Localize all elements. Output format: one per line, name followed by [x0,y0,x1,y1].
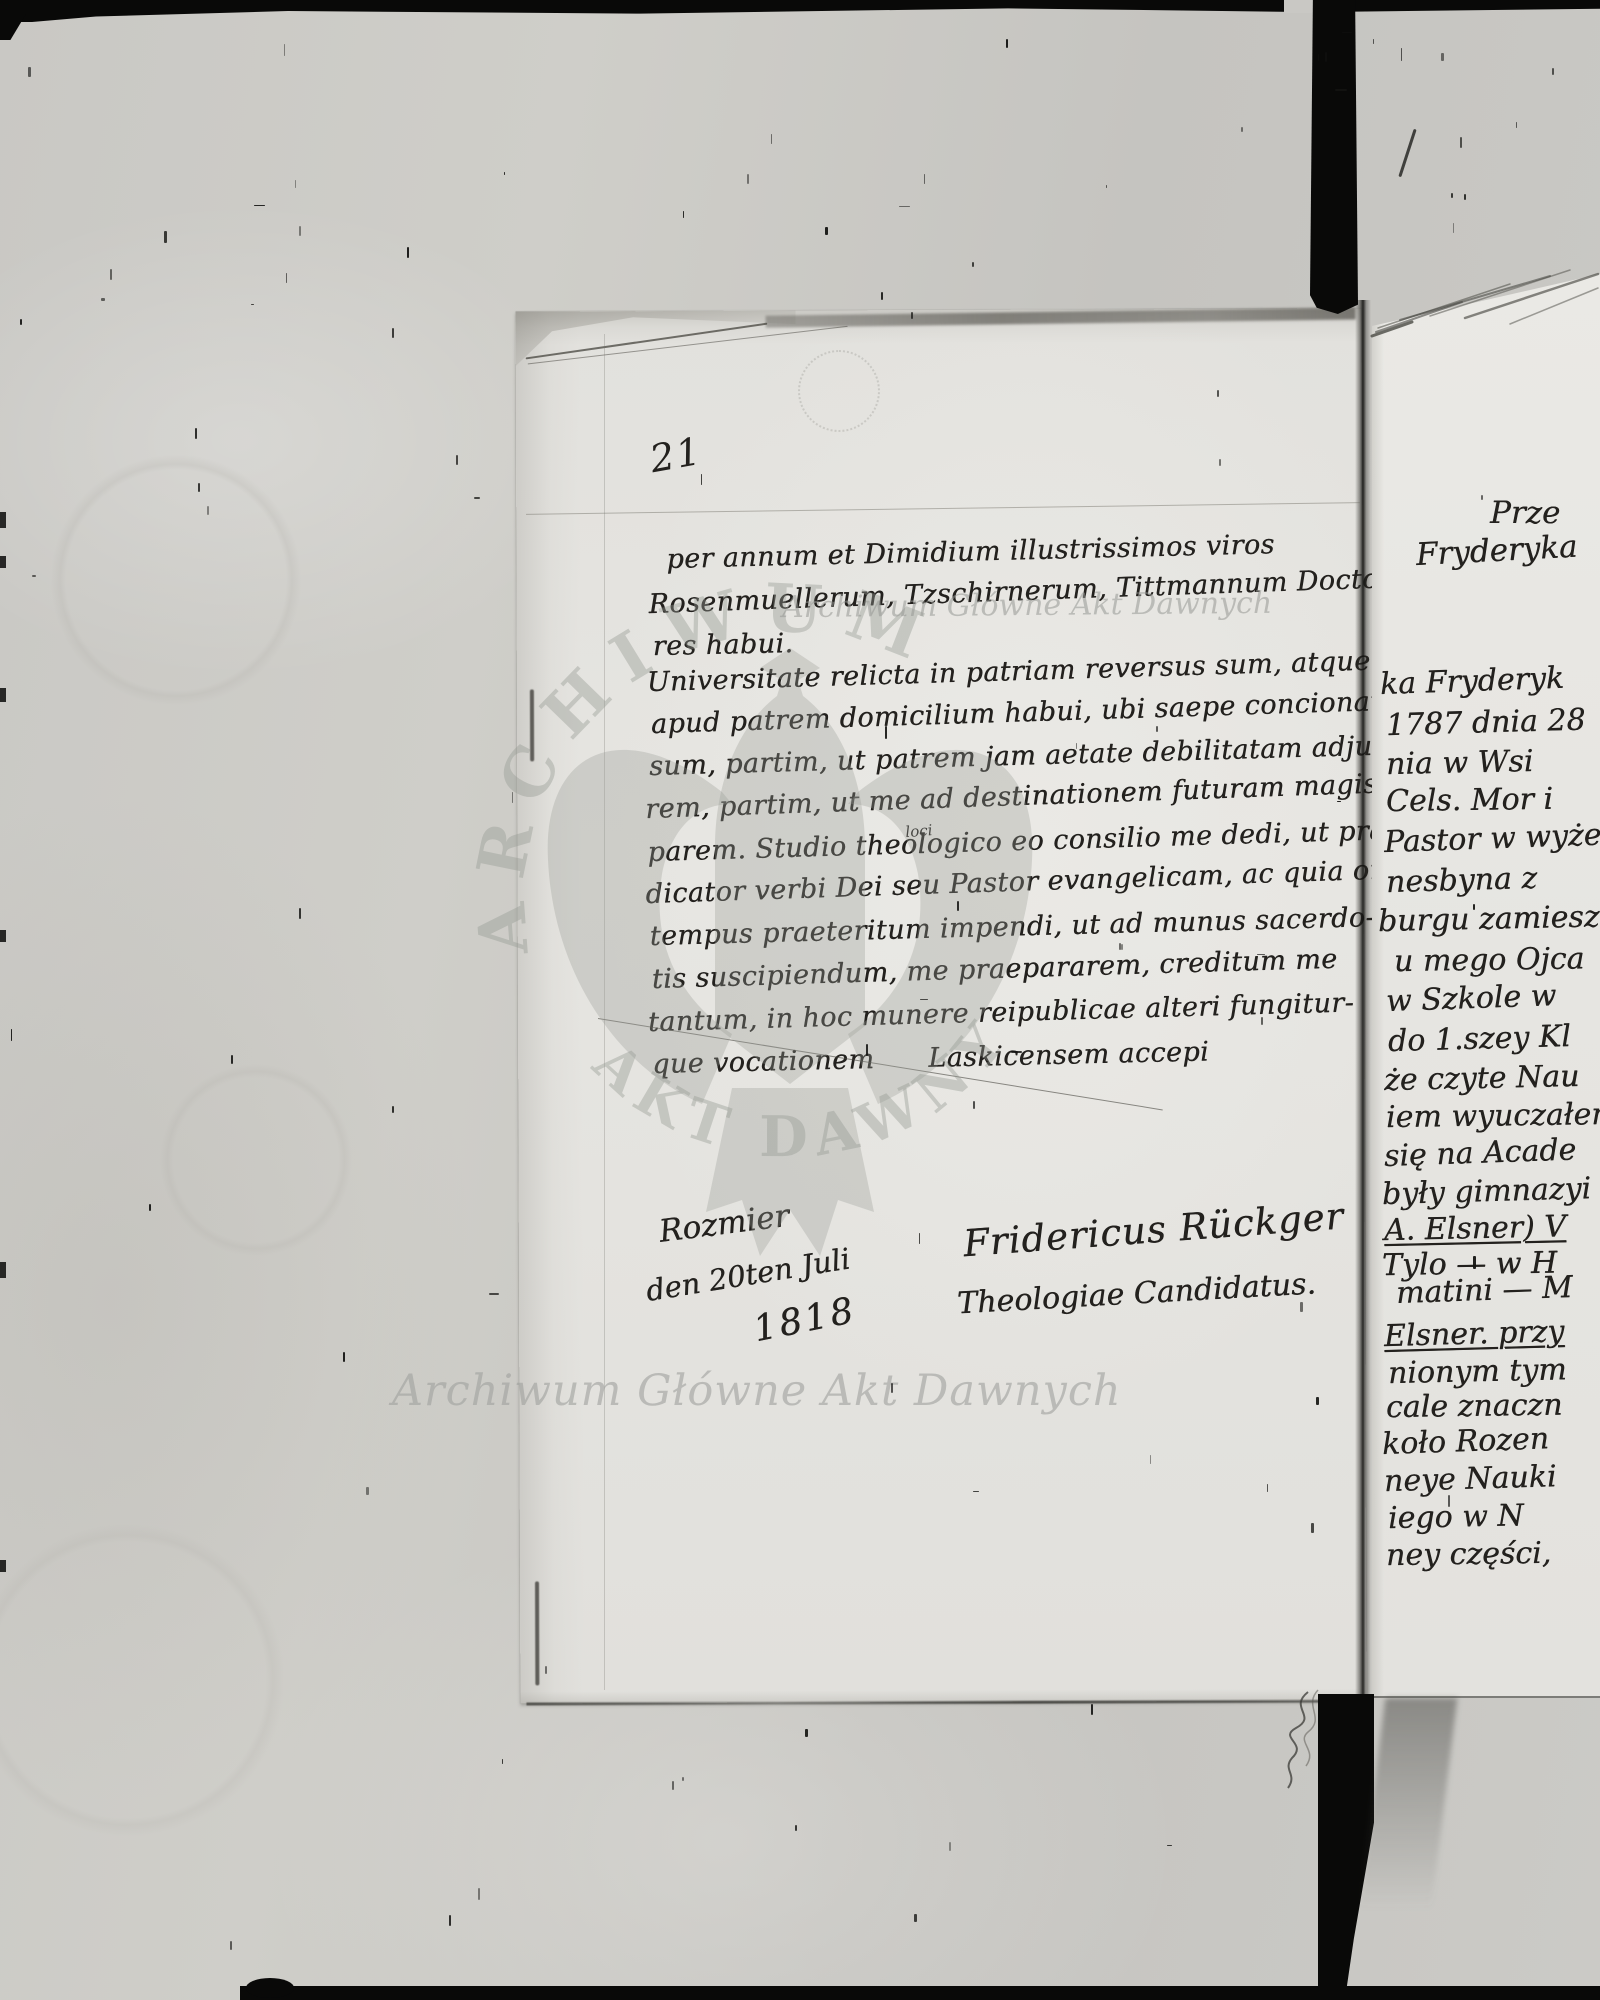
dust-speck [20,319,22,325]
dust-speck [1441,53,1443,61]
dust-speck [1261,1017,1263,1025]
film-top-edge [0,0,1600,22]
dust-speck [1473,1256,1475,1269]
right-line: ney części, [1386,1539,1552,1571]
fold-crease-line [528,326,848,365]
dust-speck [286,273,288,283]
dust-speck [1325,52,1326,62]
dust-speck [299,908,301,919]
dust-speck [1460,137,1462,147]
right-line: koło Rozen [1381,1424,1549,1460]
right-line: u mego Ojca [1394,944,1585,977]
right-line: A. Elsner) V [1384,1212,1567,1246]
dust-speck [449,1915,451,1926]
right-line: do 1.szey Kl [1388,1022,1572,1057]
dust-speck [1335,89,1347,90]
dust-speck [1342,32,1353,33]
dust-speck [683,211,684,218]
dust-speck [110,269,111,280]
right-line: iem wyuczałem [1386,1100,1600,1133]
dust-speck [973,1101,976,1109]
dust-speck [1219,459,1221,466]
dust-speck [1300,1302,1302,1312]
dust-speck [924,174,926,184]
film-bottom-blob [246,1978,294,1998]
film-corner-mark [0,0,26,40]
film-edge-tick [0,930,6,942]
right-line: Pastor w wyże [1383,820,1600,858]
dust-speck [1257,954,1265,955]
dust-speck [11,1029,12,1042]
right-line: nionym tym [1388,1355,1567,1389]
dust-speck [101,298,105,301]
dust-speck [1473,904,1475,910]
dust-speck [920,999,928,1000]
film-edge-tick [0,1560,6,1572]
dust-speck [795,1825,797,1831]
dust-speck [474,497,480,499]
archive-watermark-top: Archiwum Główne Akt Dawnych [782,586,1272,625]
dust-speck [1373,39,1374,44]
dust-speck [1311,1523,1313,1533]
dust-speck [805,1729,807,1737]
dust-speck [478,1888,479,1900]
dust-speck [1337,801,1341,803]
dust-speck [1150,1455,1151,1464]
dust-speck [489,1293,500,1295]
dust-speck [881,292,883,300]
svg-text:ARCHIWUM: ARCHIWUM [461,568,952,958]
dust-speck [1006,39,1008,48]
film-bottom-edge [240,1986,1600,2000]
dust-speck [207,506,209,516]
dust-speck [28,67,31,77]
film-top-notch [1284,0,1314,13]
dust-speck [1481,495,1483,500]
right-line: w Szkole w [1385,981,1556,1017]
dust-speck [1106,185,1108,189]
dust-speck [771,134,772,144]
dust-speck [343,1352,345,1362]
dust-speck [1464,194,1465,200]
circular-watermark: ARCHIWUM AKT DAWNYCH [420,540,1180,1340]
page-number: 21 [647,429,706,482]
dust-speck [295,180,297,188]
right-line: matini — M [1395,1273,1573,1309]
dust-speck [866,1044,869,1057]
dust-speck [299,226,301,235]
right-line: Cels. Mor i [1386,785,1553,817]
dust-speck [1552,68,1554,75]
embossed-stamp [798,350,880,432]
dust-speck [885,726,887,739]
dust-speck [1156,726,1158,732]
dust-speck [973,1491,979,1493]
dust-speck [164,231,166,243]
dust-speck [1121,944,1123,951]
dust-speck [149,1204,151,1211]
right-line: Elsner. przy [1384,1317,1565,1352]
dust-speck [825,227,827,235]
leaf-edges [1370,240,1600,350]
right-line: neye Nauki [1384,1462,1557,1497]
dust-speck [957,901,959,911]
right-line: iego w N [1388,1501,1524,1534]
dust-speck [251,304,254,306]
scratch-mark [1398,129,1416,177]
dust-speck [747,174,749,184]
film-bar-bottom [1318,1694,1374,2000]
dust-speck [701,474,702,485]
dust-speck [366,1487,369,1495]
dust-speck [672,1781,674,1789]
page-top-edge-smudge [766,307,1356,327]
archive-watermark-bottom: Archiwum Główne Akt Dawnych [392,1366,1122,1416]
right-line: były gimnazyi P [1382,1173,1600,1210]
dust-speck [231,1055,233,1064]
dust-speck [911,312,913,319]
dust-speck [254,205,265,207]
book-gutter-shadow [1355,300,1371,1700]
film-edge-tick [0,688,6,702]
dust-speck [502,1759,503,1764]
dust-speck [1451,193,1453,199]
dust-speck [1167,1845,1173,1847]
dust-speck [198,483,200,493]
dust-speck [1076,743,1077,749]
dust-speck [1241,127,1243,132]
dust-speck [914,1914,916,1922]
dust-speck [1401,48,1402,60]
dust-speck [1448,1495,1450,1507]
dust-speck [392,328,394,338]
dust-speck [456,455,458,465]
film-edge-tick [0,556,6,568]
right-line: 1787 dnia 28 [1386,705,1586,741]
dust-speck [1316,1397,1318,1404]
dust-speck [1516,122,1517,128]
film-bar-top [1310,0,1358,314]
dust-speck [284,44,285,56]
right-line: nia w Wsi [1386,747,1534,780]
right-line: nesbyna z [1386,864,1538,898]
dust-speck [392,1106,394,1113]
dust-speck [682,1777,685,1782]
dust-speck [891,1383,893,1392]
dust-speck [1119,943,1120,950]
dust-speck [195,428,197,440]
right-header-line: Fryderyka [1415,532,1578,571]
dust-speck [1453,223,1454,232]
right-line: się na Acade [1383,1135,1576,1172]
dust-speck [504,172,505,175]
page-corner-fold [516,311,796,374]
dust-speck [230,1941,232,1950]
dust-speck [1318,54,1319,61]
dust-speck [972,262,974,268]
dust-speck [899,206,910,208]
right-line: że czyte Nau [1384,1062,1580,1096]
right-header-line: Prze [1490,498,1560,529]
right-line: cale znaczn [1386,1391,1563,1423]
right-manuscript-page: Prze Fryderyka ka Fryderyk1787 dnia 28ni… [1372,268,1600,1698]
film-frame: 21 per annum et Dimidium illustrissimos … [0,0,1600,2000]
dust-speck [545,1666,547,1674]
right-line: burgu zamieszk [1378,902,1600,937]
film-edge-tick [0,1262,6,1278]
dust-speck [407,247,409,258]
dust-speck [1091,1704,1093,1715]
right-line: ka Fryderyk [1379,664,1564,700]
dust-speck [1217,390,1218,397]
film-edge-tick [0,512,6,528]
dust-speck [949,1842,952,1850]
dust-speck [32,575,35,577]
page-edge-mark [535,1581,539,1685]
